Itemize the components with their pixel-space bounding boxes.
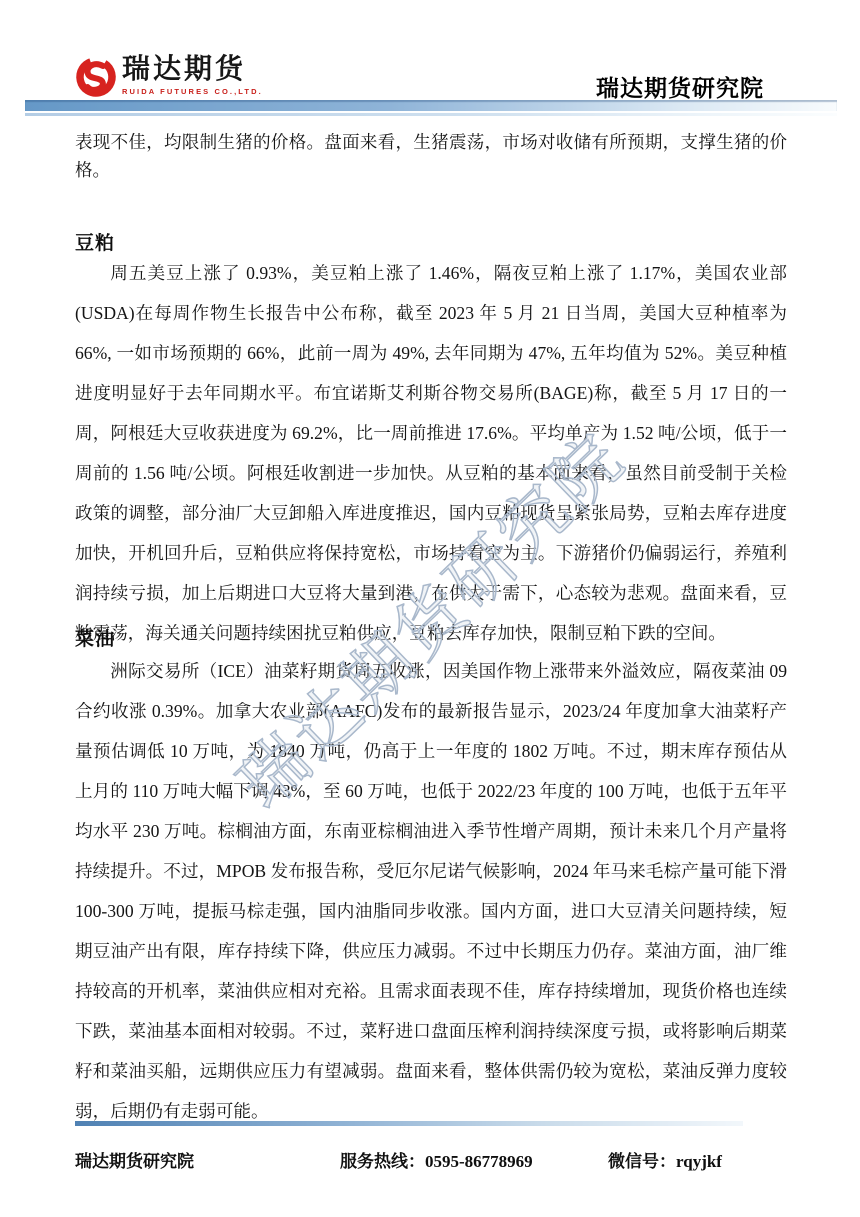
section-title-rapeseed-oil: 菜油: [75, 624, 115, 651]
section-paragraph-rapeseed-oil: 洲际交易所（ICE）油菜籽期货周五收涨，因美国作物上涨带来外溢效应，隔夜菜油 0…: [75, 651, 787, 1131]
footer-wechat-label: 微信号：: [608, 1152, 676, 1171]
footer-hotline: 服务热线：0595-86778969: [340, 1147, 533, 1172]
footer-hotline-label: 服务热线：: [340, 1152, 425, 1171]
footer-institute-name: 瑞达期货研究院: [75, 1147, 194, 1172]
section-title-soybean-meal: 豆粕: [75, 228, 115, 255]
footer-divider-bar: [75, 1121, 743, 1126]
brand-name-en: RUIDA FUTURES CO.,LTD.: [122, 87, 263, 96]
brand-text: 瑞达期货 RUIDA FUTURES CO.,LTD.: [122, 53, 263, 96]
brand-name-cn: 瑞达期货: [122, 53, 263, 85]
report-page: 瑞达期货 RUIDA FUTURES CO.,LTD. 瑞达期货研究院 表现不佳…: [0, 0, 860, 1217]
footer-wechat-id: rqyjkf: [676, 1152, 722, 1171]
ruida-logo-icon: [74, 53, 118, 99]
header-institute-title: 瑞达期货研究院: [596, 70, 764, 103]
footer-hotline-number: 0595-86778969: [425, 1152, 533, 1171]
company-logo: 瑞达期货 RUIDA FUTURES CO.,LTD.: [74, 53, 263, 99]
footer-wechat: 微信号：rqyjkf: [608, 1147, 722, 1172]
section-paragraph-soybean-meal: 周五美豆上涨了 0.93%，美豆粕上涨了 1.46%，隔夜豆粕上涨了 1.17%…: [75, 253, 787, 653]
header-divider-bar: [25, 100, 837, 111]
intro-paragraph: 表现不佳，均限制生猪的价格。盘面来看，生猪震荡，市场对收储有所预期，支撑生猪的价…: [75, 128, 787, 184]
header-divider-subline: [25, 113, 837, 116]
footer: 瑞达期货研究院 服务热线：0595-86778969 微信号：rqyjkf: [0, 1147, 860, 1171]
